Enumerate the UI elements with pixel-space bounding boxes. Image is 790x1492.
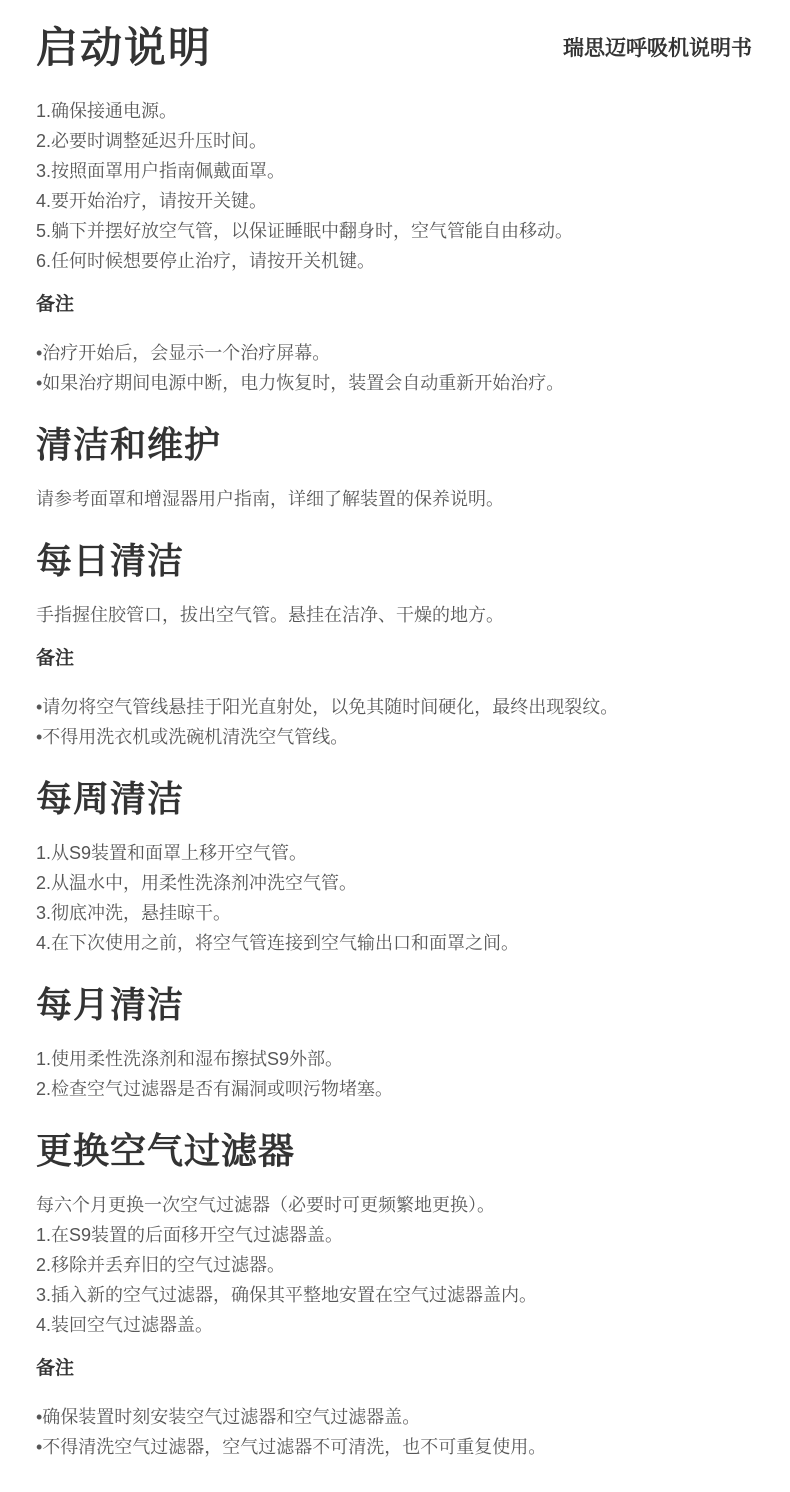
section-startup: 1.确保接通电源。 2.必要时调整延迟升压时间。 3.按照面罩用户指南佩戴面罩。… [36, 96, 752, 398]
startup-note-1: •治疗开始后，会显示一个治疗屏幕。 [36, 338, 752, 368]
startup-step-4: 4.要开始治疗，请按开关键。 [36, 186, 752, 216]
daily-note-2: •不得用洗衣机或洗碗机清洗空气管线。 [36, 722, 752, 752]
weekly-step-1: 1.从S9装置和面罩上移开空气管。 [36, 838, 752, 868]
filter-note-1: •确保装置时刻安装空气过滤器和空气过滤器盖。 [36, 1402, 752, 1432]
startup-note-2: •如果治疗期间电源中断，电力恢复时，装置会自动重新开始治疗。 [36, 368, 752, 398]
startup-step-5: 5.躺下并摆好放空气管，以保证睡眠中翻身时，空气管能自由移动。 [36, 216, 752, 246]
startup-note-heading: 备注 [36, 294, 752, 316]
filter-heading: 更换空气过滤器 [36, 1130, 752, 1172]
monthly-step-2: 2.检查空气过滤器是否有漏洞或呗污物堵塞。 [36, 1074, 752, 1104]
startup-step-1: 1.确保接通电源。 [36, 96, 752, 126]
daily-note-1: •请勿将空气管线悬挂于阳光直射处，以免其随时间硬化，最终出现裂纹。 [36, 692, 752, 722]
monthly-step-1: 1.使用柔性洗涤剂和湿布擦拭S9外部。 [36, 1044, 752, 1074]
filter-note-2: •不得清洗空气过滤器，空气过滤器不可清洗，也不可重复使用。 [36, 1432, 752, 1462]
daily-intro: 手指握住胶管口，拔出空气管。悬挂在洁净、干燥的地方。 [36, 600, 752, 630]
weekly-heading: 每周清洁 [36, 778, 752, 820]
filter-intro: 每六个月更换一次空气过滤器（必要时可更频繁地更换）。 [36, 1190, 752, 1220]
daily-heading: 每日清洁 [36, 540, 752, 582]
weekly-step-2: 2.从温水中，用柔性洗涤剂冲洗空气管。 [36, 868, 752, 898]
weekly-step-4: 4.在下次使用之前，将空气管连接到空气输出口和面罩之间。 [36, 928, 752, 958]
monthly-heading: 每月清洁 [36, 984, 752, 1026]
startup-step-2: 2.必要时调整延迟升压时间。 [36, 126, 752, 156]
section-cleaning-maintenance: 清洁和维护 请参考面罩和增湿器用户指南，详细了解装置的保养说明。 [36, 424, 752, 514]
manual-page: 启动说明 瑞思迈呼吸机说明书 1.确保接通电源。 2.必要时调整延迟升压时间。 … [0, 0, 790, 1492]
filter-step-4: 4.装回空气过滤器盖。 [36, 1310, 752, 1340]
page-title: 启动说明 [36, 26, 212, 70]
weekly-step-3: 3.彻底冲洗，悬挂晾干。 [36, 898, 752, 928]
cleaning-heading: 清洁和维护 [36, 424, 752, 466]
filter-step-3: 3.插入新的空气过滤器，确保其平整地安置在空气过滤器盖内。 [36, 1280, 752, 1310]
section-monthly-cleaning: 每月清洁 1.使用柔性洗涤剂和湿布擦拭S9外部。 2.检查空气过滤器是否有漏洞或… [36, 984, 752, 1104]
filter-step-2: 2.移除并丢弃旧的空气过滤器。 [36, 1250, 752, 1280]
doc-header: 启动说明 瑞思迈呼吸机说明书 [36, 26, 752, 70]
cleaning-intro: 请参考面罩和增湿器用户指南，详细了解装置的保养说明。 [36, 484, 752, 514]
section-filter-replacement: 更换空气过滤器 每六个月更换一次空气过滤器（必要时可更频繁地更换）。 1.在S9… [36, 1130, 752, 1462]
section-daily-cleaning: 每日清洁 手指握住胶管口，拔出空气管。悬挂在洁净、干燥的地方。 备注 •请勿将空… [36, 540, 752, 752]
startup-step-3: 3.按照面罩用户指南佩戴面罩。 [36, 156, 752, 186]
daily-note-heading: 备注 [36, 648, 752, 670]
section-weekly-cleaning: 每周清洁 1.从S9装置和面罩上移开空气管。 2.从温水中，用柔性洗涤剂冲洗空气… [36, 778, 752, 958]
filter-note-heading: 备注 [36, 1358, 752, 1380]
startup-step-6: 6.任何时候想要停止治疗，请按开关机键。 [36, 246, 752, 276]
filter-step-1: 1.在S9装置的后面移开空气过滤器盖。 [36, 1220, 752, 1250]
doc-subtitle: 瑞思迈呼吸机说明书 [563, 37, 752, 61]
